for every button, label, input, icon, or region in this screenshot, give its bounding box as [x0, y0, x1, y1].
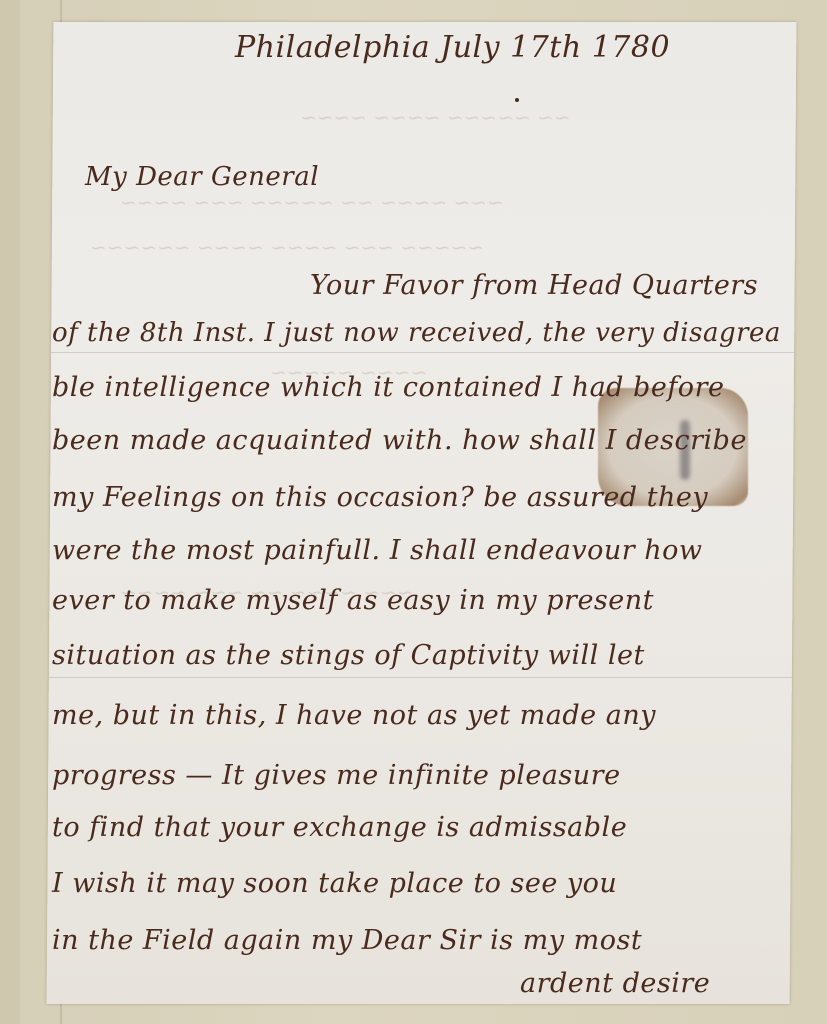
letter-line: of the 8th Inst. I just now received, th… — [52, 318, 781, 348]
ink-dot — [515, 98, 519, 102]
paper-fold-line — [49, 677, 792, 678]
backing-board-edge — [0, 0, 20, 1024]
letter-line: to find that your exchange is admissable — [52, 812, 627, 843]
letter-line: I wish it may soon take place to see you — [52, 868, 617, 899]
letter-line: been made acquainted with. how shall I d… — [52, 425, 747, 456]
bleed-through-text: ~~~ ~~~~ ~~ ~~~~~ ~~~ ~~~~ — [120, 190, 504, 214]
letter-line: situation as the stings of Captivity wil… — [52, 640, 645, 671]
bleed-through-text: ~~~~~ ~~~ ~~~~ ~~~~ ~~~~~~ — [90, 235, 484, 259]
paper-fold-line — [51, 352, 794, 353]
bleed-through-text: ~~ ~~~~~ ~~~~ ~~~~ — [300, 105, 570, 129]
letter-line: Your Favor from Head Quarters — [310, 270, 758, 301]
letter-line: my Feelings on this occasion? be assured… — [52, 482, 708, 513]
letter-closing-line: ardent desire — [520, 968, 710, 999]
letter-line: me, but in this, I have not as yet made … — [52, 700, 656, 731]
letter-line: ble intelligence which it contained I ha… — [52, 372, 724, 403]
letter-salutation: My Dear General — [85, 162, 319, 192]
letter-line: were the most painfull. I shall endeavou… — [52, 535, 703, 566]
letter-line: progress — It gives me infinite pleasure — [52, 760, 621, 791]
letter-heading: Philadelphia July 17th 1780 — [235, 30, 670, 65]
letter-line: ever to make myself as easy in my presen… — [52, 585, 654, 616]
letter-line: in the Field again my Dear Sir is my mos… — [52, 925, 642, 956]
